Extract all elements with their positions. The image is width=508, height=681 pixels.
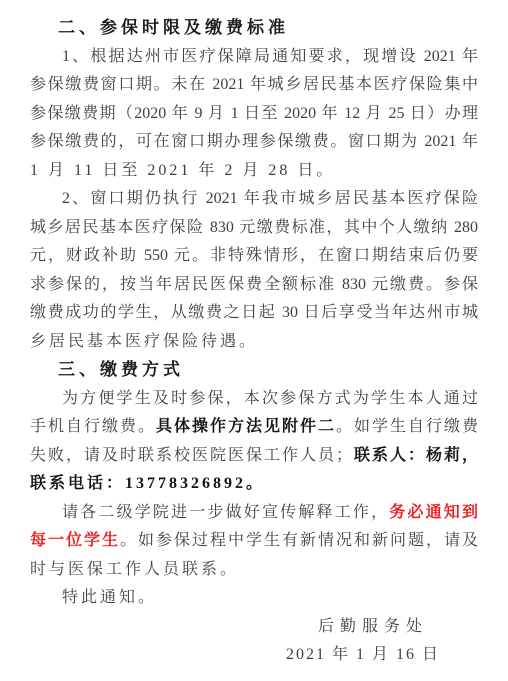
paragraph-line: 1、根据达州市医疗保障局通知要求，现增设 2021 年 (30, 43, 478, 72)
paragraph-line: 1 月 11 日至 2021 年 2 月 28 日。 (30, 157, 478, 186)
paragraph-line: 求参保的，按当年居民医保费全额标准 830 元缴费。参保 (30, 271, 478, 300)
paragraph-line: 乡居民基本医疗保险待遇。 (30, 328, 478, 357)
text-segment: 失败，请及时联系校医院医保工作人员； (30, 447, 352, 464)
paragraph-line: 参保缴费期（2020 年 9 月 1 日至 2020 年 12 月 25 日）办… (30, 100, 478, 129)
paragraph-line: 城乡居民基本医疗保险 830 元缴费标准，其中个人缴纳 280 (30, 214, 478, 243)
section-2-heading: 二、参保时限及缴费标准 (30, 14, 478, 43)
paragraph-line: 时与医保工作人员联系。 (30, 556, 478, 585)
paragraph-line: 手机自行缴费。具体操作方法见附件二。如学生自行缴费 (30, 413, 478, 442)
bold-segment: 联系电话：13778326892。 (30, 475, 265, 492)
text-segment: 请各二级学院进一步做好宣传解释工作， (62, 504, 389, 521)
paragraph-line: 失败，请及时联系校医院医保工作人员；联系人：杨莉， (30, 442, 478, 471)
signature-department: 后勤服务处 (30, 613, 478, 642)
notice-document: 二、参保时限及缴费标准 1、根据达州市医疗保障局通知要求，现增设 2021 年 … (0, 0, 508, 681)
paragraph-line: 元，财政补助 550 元。非特殊情形，在窗口期结束后仍要 (30, 242, 478, 271)
paragraph-line: 每一位学生。如参保过程中学生有新情况和新问题，请及 (30, 527, 478, 556)
section-3-heading: 三、缴费方式 (30, 356, 478, 385)
text-segment: 手机自行缴费。 (30, 418, 156, 435)
paragraph-line: 参保缴费窗口期。未在 2021 年城乡居民基本医疗保险集中 (30, 71, 478, 100)
paragraph-line: 请各二级学院进一步做好宣传解释工作，务必通知到 (30, 499, 478, 528)
paragraph-line: 2、窗口期仍执行 2021 年我市城乡居民基本医疗保险 (30, 185, 478, 214)
signature-date: 2021 年 1 月 16 日 (30, 641, 478, 670)
red-emphasis-segment: 每一位学生 (30, 532, 120, 549)
text-segment: 。如参保过程中学生有新情况和新问题，请及 (120, 532, 478, 549)
paragraph-line: 联系电话：13778326892。 (30, 470, 478, 499)
red-emphasis-segment: 务必通知到 (389, 504, 478, 521)
closing-line: 特此通知。 (30, 584, 478, 613)
text-segment: 。如学生自行缴费 (336, 418, 478, 435)
paragraph-line: 参保缴费的，可在窗口期办理参保缴费。窗口期为 2021 年 (30, 128, 478, 157)
bold-segment: 联系人：杨莉， (352, 447, 478, 464)
paragraph-line: 缴费成功的学生，从缴费之日起 30 日后享受当年达州市城 (30, 299, 478, 328)
bold-segment: 具体操作方法见附件二 (156, 418, 336, 435)
paragraph-line: 为方便学生及时参保，本次参保方式为学生本人通过 (30, 385, 478, 414)
